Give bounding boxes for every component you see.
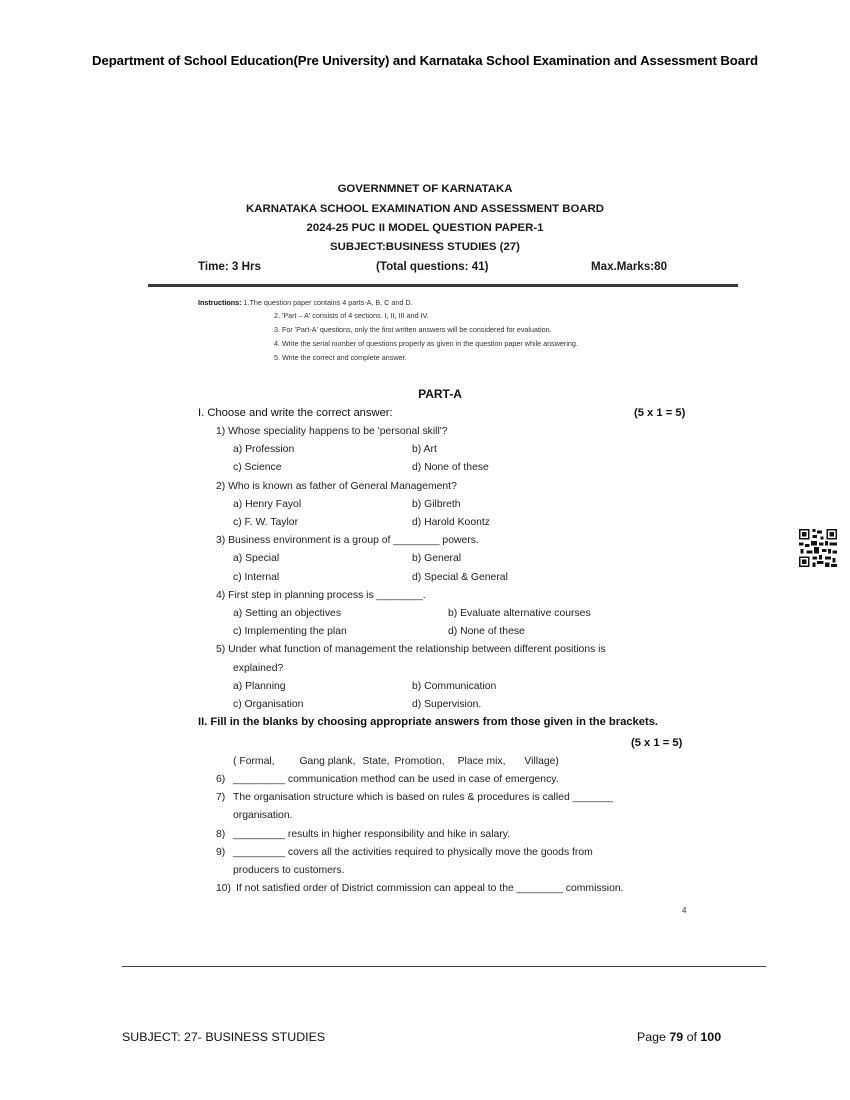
- question-text: _________ communication method can be us…: [233, 774, 559, 785]
- section-2-marks: (5 x 1 = 5): [631, 737, 682, 749]
- option-c: c) Internal: [233, 572, 279, 583]
- question-number: 10): [216, 883, 231, 894]
- paper-title-subject: SUBJECT:BUSINESS STUDIES (27): [0, 241, 850, 253]
- section-2-title: II. Fill in the blanks by choosing appro…: [198, 716, 658, 728]
- question-number: 6): [216, 774, 225, 785]
- document-header: Department of School Education(Pre Unive…: [0, 53, 850, 68]
- option-a: a) Special: [233, 553, 279, 564]
- option-a: a) Planning: [233, 681, 286, 692]
- option-c: c) Implementing the plan: [233, 626, 347, 637]
- instruction-item: 5. Write the correct and complete answer…: [274, 353, 407, 362]
- option-b: b) Gilbreth: [412, 499, 461, 510]
- footer-subject: SUBJECT: 27- BUSINESS STUDIES: [122, 1030, 325, 1044]
- option-d: d) Supervision.: [412, 699, 481, 710]
- paper-title-year: 2024-25 PUC II MODEL QUESTION PAPER-1: [0, 222, 850, 234]
- paper-title-board: KARNATAKA SCHOOL EXAMINATION AND ASSESSM…: [0, 203, 850, 215]
- option-c: c) F. W. Taylor: [233, 517, 298, 528]
- section-1-marks: (5 x 1 = 5): [634, 407, 685, 419]
- max-marks: Max.Marks:80: [591, 260, 667, 273]
- question-number: 8): [216, 829, 225, 840]
- question-text: If not satisfied order of District commi…: [236, 883, 624, 894]
- section-1-title: I. Choose and write the correct answer:: [198, 407, 393, 419]
- option-b: b) General: [412, 553, 461, 564]
- question-text: 3) Business environment is a group of __…: [216, 535, 479, 546]
- instruction-item: 3. For 'Part-A' questions, only the firs…: [274, 325, 552, 334]
- question-text: 2) Who is known as father of General Man…: [216, 481, 457, 492]
- option-a: a) Profession: [233, 444, 294, 455]
- option-d: d) Special & General: [412, 572, 508, 583]
- instruction-item: 4. Write the serial number of questions …: [274, 339, 578, 348]
- question-text-continued: explained?: [233, 663, 283, 674]
- page-of: of: [683, 1030, 700, 1044]
- instructions-block: Instructions: 1.The question paper conta…: [198, 298, 413, 307]
- question-text: 4) First step in planning process is ___…: [216, 590, 426, 601]
- blank-option: Village): [524, 756, 558, 767]
- footer-page-number: Page 79 of 100: [637, 1030, 721, 1044]
- question-text: _________ covers all the activities requ…: [233, 847, 593, 858]
- page-current: 79: [669, 1030, 683, 1044]
- option-d: d) Harold Koontz: [412, 517, 490, 528]
- blank-option: Promotion,: [394, 756, 444, 767]
- inner-page-number: 4: [682, 906, 686, 915]
- option-c: c) Science: [233, 462, 282, 473]
- exam-time: Time: 3 Hrs: [198, 260, 261, 273]
- option-b: b) Evaluate alternative courses: [448, 608, 591, 619]
- total-questions: (Total questions: 41): [376, 260, 489, 273]
- section-2-title-text: II. Fill in the blanks by choosing appro…: [198, 716, 658, 728]
- question-text: _________ results in higher responsibili…: [233, 829, 510, 840]
- blank-option: ( Formal,: [233, 756, 275, 767]
- blank-options: ( Formal, Gang plank, State, Promotion, …: [233, 756, 559, 767]
- question-text: 1) Whose speciality happens to be 'perso…: [216, 426, 448, 437]
- question-number: 7): [216, 792, 225, 803]
- part-title: PART-A: [0, 387, 850, 401]
- option-a: a) Henry Fayol: [233, 499, 301, 510]
- page-total: 100: [700, 1030, 721, 1044]
- blank-option: Gang plank,: [299, 756, 355, 767]
- instruction-item: 1.The question paper contains 4 parts-A,…: [244, 298, 413, 307]
- option-a: a) Setting an objectives: [233, 608, 341, 619]
- blank-option: State,: [362, 756, 389, 767]
- option-d: d) None of these: [448, 626, 525, 637]
- option-b: b) Communication: [412, 681, 496, 692]
- page-prefix: Page: [637, 1030, 669, 1044]
- option-d: d) None of these: [412, 462, 489, 473]
- instructions-label: Instructions:: [198, 298, 242, 307]
- qr-code-icon: [799, 529, 837, 567]
- paper-title-government: GOVERNMNET OF KARNATAKA: [0, 183, 850, 195]
- question-text-continued: producers to customers.: [233, 865, 344, 876]
- footer-divider: [122, 966, 766, 967]
- question-text: The organisation structure which is base…: [233, 792, 613, 803]
- question-number: 9): [216, 847, 225, 858]
- instruction-item: 2. 'Part – A' consists of 4 sections. I,…: [274, 311, 429, 320]
- question-text-continued: organisation.: [233, 810, 293, 821]
- question-text: 5) Under what function of management the…: [216, 644, 606, 655]
- option-c: c) Organisation: [233, 699, 303, 710]
- blank-option: Place mix,: [458, 756, 506, 767]
- header-divider: [148, 284, 738, 287]
- option-b: b) Art: [412, 444, 437, 455]
